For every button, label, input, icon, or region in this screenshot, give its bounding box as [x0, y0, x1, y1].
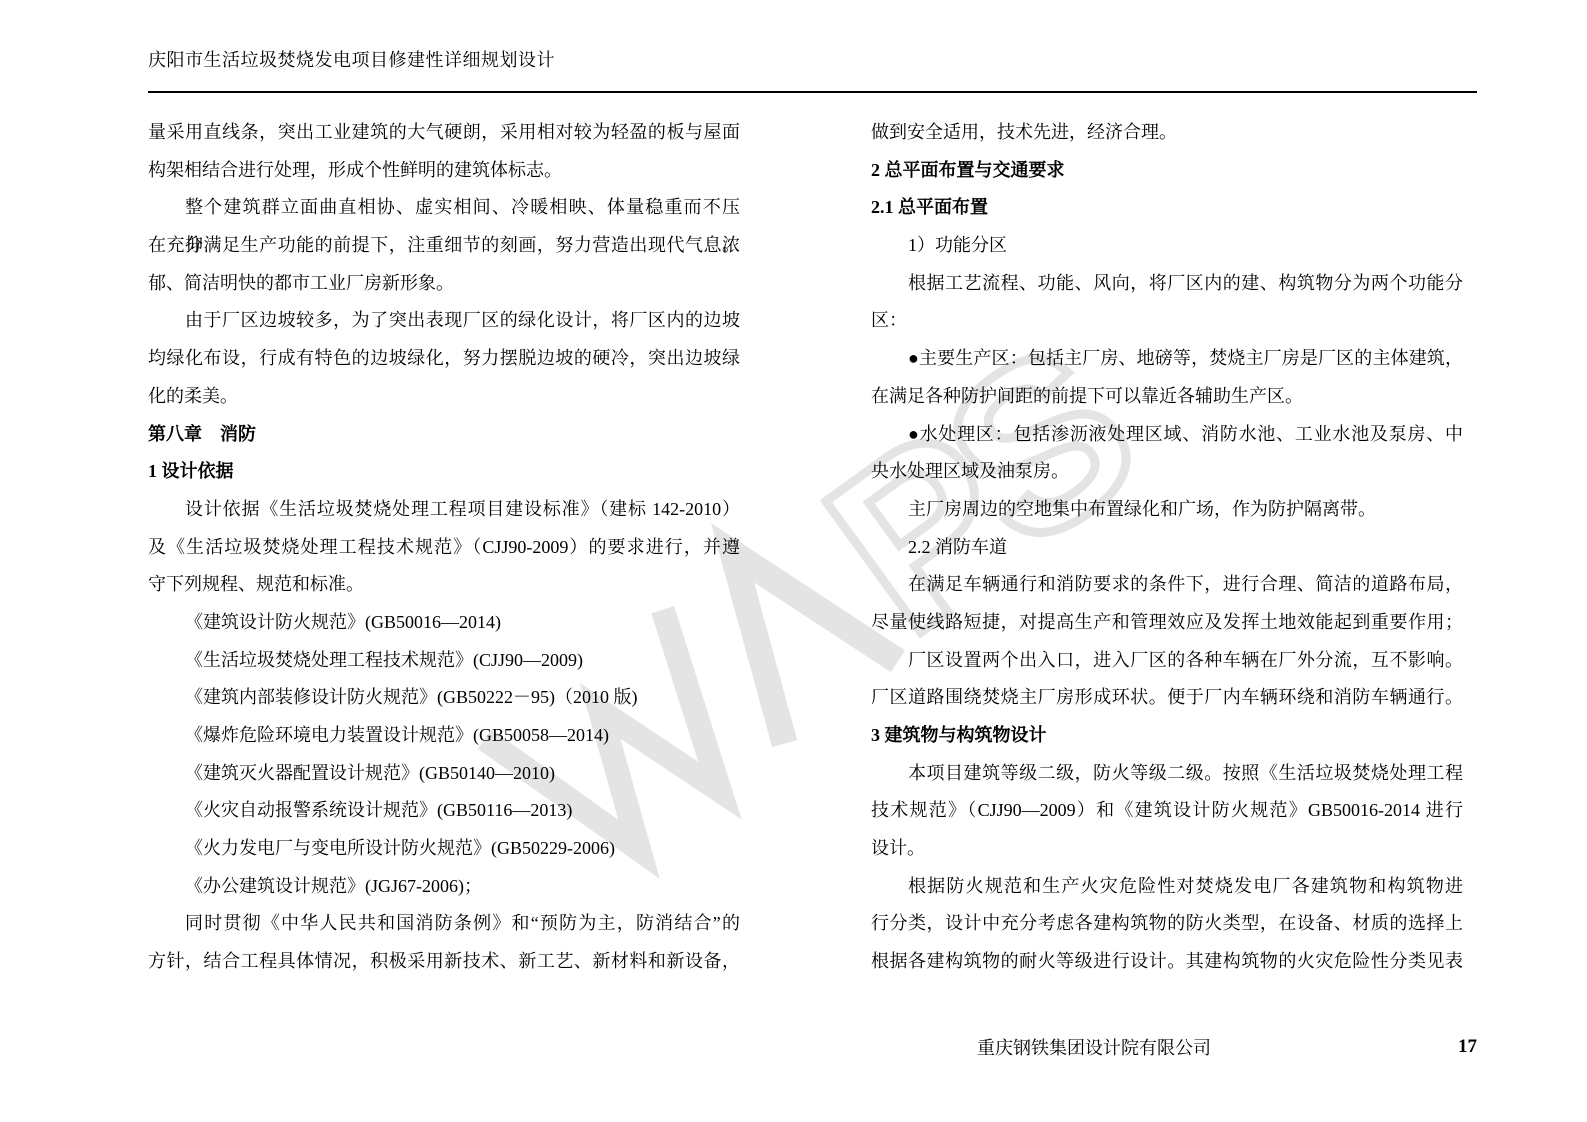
text-line: 做到安全适用，技术先进，经济合理。	[871, 114, 1463, 152]
text-line: 守下列规程、规范和标准。	[148, 566, 740, 604]
text-line: 根据各建构筑物的耐火等级进行设计。其建构筑物的火灾危险性分类见表	[871, 943, 1463, 981]
text-line: 化的柔美。	[148, 378, 740, 416]
header-title: 庆阳市生活垃圾焚烧发电项目修建性详细规划设计	[148, 48, 555, 72]
heading-line: 3 建筑物与构筑物设计	[871, 717, 1463, 755]
text-line: 设计依据《生活垃圾焚烧处理工程项目建设标准》（建标 142-2010）	[148, 491, 740, 529]
heading-line: 1 设计依据	[148, 453, 740, 491]
text-line: 《办公建筑设计规范》(JGJ67-2006)；	[148, 868, 740, 906]
header-rule	[148, 91, 1477, 93]
text-line: 由于厂区边坡较多，为了突出表现厂区的绿化设计，将厂区内的边坡	[148, 302, 740, 340]
text-line: 在充分满足生产功能的前提下，注重细节的刻画，努力营造出现代气息浓	[148, 227, 740, 265]
text-line: 在满足车辆通行和消防要求的条件下，进行合理、简洁的道路布局，	[871, 566, 1463, 604]
text-line: 《火力发电厂与变电所设计防火规范》(GB50229-2006)	[148, 830, 740, 868]
text-line: 技术规范》（CJJ90—2009）和《建筑设计防火规范》GB50016-2014…	[871, 792, 1463, 830]
text-line: 《火灾自动报警系统设计规范》(GB50116—2013)	[148, 792, 740, 830]
text-line: 方针，结合工程具体情况，积极采用新技术、新工艺、新材料和新设备，	[148, 943, 740, 981]
text-line: 《建筑设计防火规范》(GB50016—2014)	[148, 604, 740, 642]
right-column: 做到安全适用，技术先进，经济合理。2 总平面布置与交通要求2.1 总平面布置1）…	[871, 114, 1463, 981]
text-line: 设计。	[871, 830, 1463, 868]
text-line: 郁、简洁明快的都市工业厂房新形象。	[148, 265, 740, 303]
text-line: 《爆炸危险环境电力装置设计规范》(GB50058—2014)	[148, 717, 740, 755]
text-line: 《建筑灭火器配置设计规范》(GB50140—2010)	[148, 755, 740, 793]
text-line: 尽量使线路短捷，对提高生产和管理效应及发挥土地效能起到重要作用；	[871, 604, 1463, 642]
footer-company: 重庆钢铁集团设计院有限公司	[977, 1035, 1211, 1061]
heading-line: 第八章 消防	[148, 416, 740, 454]
left-column: 量采用直线条，突出工业建筑的大气硬朗，采用相对较为轻盈的板与屋面构架相结合进行处…	[148, 114, 740, 981]
text-line: 1）功能分区	[871, 227, 1463, 265]
text-line: 厂区道路围绕焚烧主厂房形成环状。便于厂内车辆环绕和消防车辆通行。	[871, 679, 1463, 717]
page-number: 17	[1397, 1034, 1477, 1060]
text-line: 均绿化布设，行成有特色的边坡绿化，努力摆脱边坡的硬冷，突出边坡绿	[148, 340, 740, 378]
text-line: 《生活垃圾焚烧处理工程技术规范》(CJJ90—2009)	[148, 642, 740, 680]
text-line: 行分类，设计中充分考虑各建构筑物的防火类型，在设备、材质的选择上	[871, 905, 1463, 943]
text-line: 2.2 消防车道	[871, 529, 1463, 567]
text-line: 及《生活垃圾焚烧处理工程技术规范》（CJJ90-2009）的要求进行，并遵	[148, 529, 740, 567]
text-line: 量采用直线条，突出工业建筑的大气硬朗，采用相对较为轻盈的板与屋面	[148, 114, 740, 152]
text-line: 在满足各种防护间距的前提下可以靠近各辅助生产区。	[871, 378, 1463, 416]
text-line: 整个建筑群立面曲直相协、虚实相间、冷暖相映、体量稳重而不压抑。	[148, 189, 740, 227]
heading-line: 2.1 总平面布置	[871, 189, 1463, 227]
text-line: 根据防火规范和生产火灾危险性对焚烧发电厂各建筑物和构筑物进	[871, 868, 1463, 906]
text-line: 央水处理区域及油泵房。	[871, 453, 1463, 491]
text-line: 区：	[871, 302, 1463, 340]
text-line: 根据工艺流程、功能、风向，将厂区内的建、构筑物分为两个功能分	[871, 265, 1463, 303]
text-line: ●主要生产区：包括主厂房、地磅等，焚烧主厂房是厂区的主体建筑，	[871, 340, 1463, 378]
text-line: 构架相结合进行处理，形成个性鲜明的建筑体标志。	[148, 152, 740, 190]
heading-line: 2 总平面布置与交通要求	[871, 152, 1463, 190]
text-line: 同时贯彻《中华人民共和国消防条例》和“预防为主，防消结合”的	[148, 905, 740, 943]
document-page: 庆阳市生活垃圾焚烧发电项目修建性详细规划设计 P S 量采用直线条，突出工业建筑…	[0, 0, 1587, 1122]
text-line: 本项目建筑等级二级，防火等级二级。按照《生活垃圾焚烧处理工程	[871, 755, 1463, 793]
text-line: 主厂房周边的空地集中布置绿化和广场，作为防护隔离带。	[871, 491, 1463, 529]
text-line: 《建筑内部装修设计防火规范》(GB50222－95)（2010 版)	[148, 679, 740, 717]
text-line: ●水处理区：包括渗沥液处理区域、消防水池、工业水池及泵房、中	[871, 416, 1463, 454]
text-line: 厂区设置两个出入口，进入厂区的各种车辆在厂外分流，互不影响。	[871, 642, 1463, 680]
